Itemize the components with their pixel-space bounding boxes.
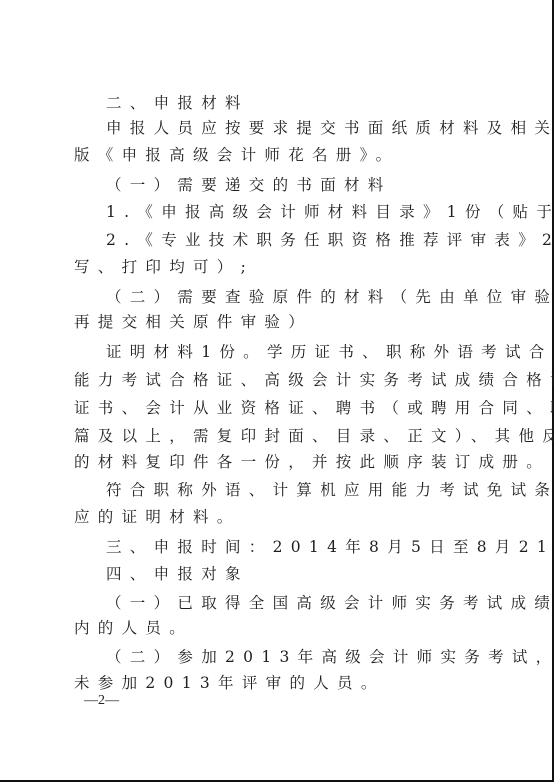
list-item: 2.《专业技术职务任职资格推荐评审表》2份（纸型A4，手 (106, 230, 554, 250)
section-heading-applicants: 四、申报对象 (106, 564, 249, 584)
page-number: —2— (84, 693, 119, 709)
subsection-heading-original-documents: （二）需要查验原件的材料（先由单位审验并加盖单位公章， (106, 287, 554, 307)
list-item-continuation: 写、打印均可）; (74, 257, 254, 277)
paragraph-line: 版《申报高级会计师花名册》。 (74, 145, 399, 165)
paragraph-line: 申报人员应按要求提交书面纸质材料及相关证书原件和电子 (106, 118, 554, 138)
paragraph-line: 符合职称外语、计算机应用能力考试免试条件的，应当提供相 (106, 480, 554, 500)
document-page: 二、申报材料 申报人员应按要求提交书面纸质材料及相关证书原件和电子 版《申报高级… (0, 0, 554, 782)
paragraph-line: （二）参加2013年高级会计师实务考试，取得省级合格证且 (106, 647, 554, 667)
paragraph-line: 能力考试合格证、高级会计实务考试成绩合格证、中级会计师资格 (74, 370, 554, 390)
section-heading-materials: 二、申报材料 (106, 93, 249, 113)
paragraph-line: 证书、会计从业资格证、聘书（或聘用合同、聘用证明）、论文（2 (74, 398, 554, 418)
paragraph-line: 再提交相关原件审验） (74, 312, 312, 332)
paragraph-line: 证明材料1份。学历证书、职称外语考试合格证、计算机应用 (106, 342, 554, 362)
paragraph-line: （一）已取得全国高级会计师实务考试成绩合格证并在有效期 (106, 593, 554, 613)
paragraph-line: 应的证明材料。 (74, 507, 241, 527)
section-heading-deadline: 三、申报时间：2014年8月5日至8月21日，逾期不再受理。 (106, 537, 554, 557)
list-item: 1.《申报高级会计师材料目录》1份（贴于自备材料袋外）; (106, 202, 554, 222)
paragraph-line: 内的人员。 (74, 618, 193, 638)
paragraph-line: 的材料复印件各一份，并按此顺序装订成册。 (74, 452, 550, 472)
subsection-heading-written-materials: （一）需要递交的书面材料 (106, 175, 392, 195)
paragraph-line: 未参加2013年评审的人员。 (74, 673, 385, 693)
paragraph-line: 篇及以上，需复印封面、目录、正文）、其他反应个人业绩及能力 (74, 426, 554, 446)
